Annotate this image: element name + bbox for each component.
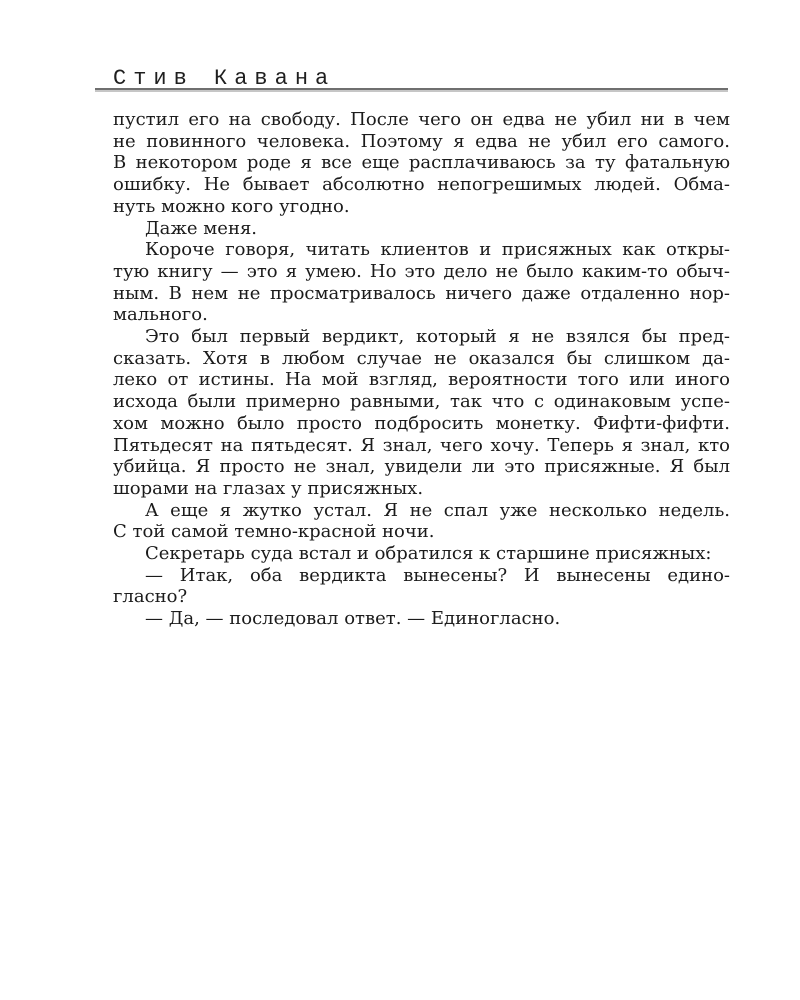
book-page: Стив Кавана пустил его на свободу. После… (0, 0, 800, 1000)
text-line: мального. (113, 304, 730, 326)
text-line: убийца. Я просто не знал, увидели ли это… (113, 456, 730, 478)
text-line: сказать. Хотя в любом случае не оказался… (113, 348, 730, 370)
text-line: В некотором роде я все еще расплачиваюсь… (113, 152, 730, 174)
text-line: ошибку. Не бывает абсолютно непогрешимых… (113, 174, 730, 196)
paragraph: Короче говоря, читать клиентов и присяжн… (113, 239, 730, 326)
paragraph: — Да, — последовал ответ. — Единогласно. (113, 608, 730, 630)
paragraph: Даже меня. (113, 218, 730, 240)
paragraph: пустил его на свободу. После чего он едв… (113, 109, 730, 218)
text-line: Это был первый вердикт, который я не взя… (113, 326, 730, 348)
text-line: Секретарь суда встал и обратился к старш… (113, 543, 730, 565)
text-line: шорами на глазах у присяжных. (113, 478, 730, 500)
text-line: А еще я жутко устал. Я не спал уже неско… (113, 500, 730, 522)
paragraph: — Итак, оба вердикта вынесены? И вынесен… (113, 565, 730, 608)
text-line: хом можно было просто подбросить монетку… (113, 413, 730, 435)
text-line: исхода были примерно равными, так что с … (113, 391, 730, 413)
paragraph: А еще я жутко устал. Я не спал уже неско… (113, 500, 730, 543)
paragraph: Секретарь суда встал и обратился к старш… (113, 543, 730, 565)
text-line: — Да, — последовал ответ. — Единогласно. (113, 608, 730, 630)
header-rule (95, 88, 728, 90)
text-line: леко от истины. На мой взгляд, вероятнос… (113, 369, 730, 391)
text-line: Короче говоря, читать клиентов и присяжн… (113, 239, 730, 261)
text-line: ным. В нем не просматривалось ничего даж… (113, 283, 730, 305)
text-line: гласно? (113, 586, 730, 608)
text-line: Даже меня. (113, 218, 730, 240)
text-line: — Итак, оба вердикта вынесены? И вынесен… (113, 565, 730, 587)
body-text: пустил его на свободу. После чего он едв… (113, 109, 730, 630)
text-line: С той самой темно-красной ночи. (113, 521, 730, 543)
paragraph: Это был первый вердикт, который я не взя… (113, 326, 730, 500)
text-line: нуть можно кого угодно. (113, 196, 730, 218)
text-line: пустил его на свободу. После чего он едв… (113, 109, 730, 131)
text-line: не повинного человека. Поэтому я едва не… (113, 131, 730, 153)
text-line: Пятьдесят на пятьдесят. Я знал, чего хоч… (113, 435, 730, 457)
text-line: тую книгу — это я умею. Но это дело не б… (113, 261, 730, 283)
